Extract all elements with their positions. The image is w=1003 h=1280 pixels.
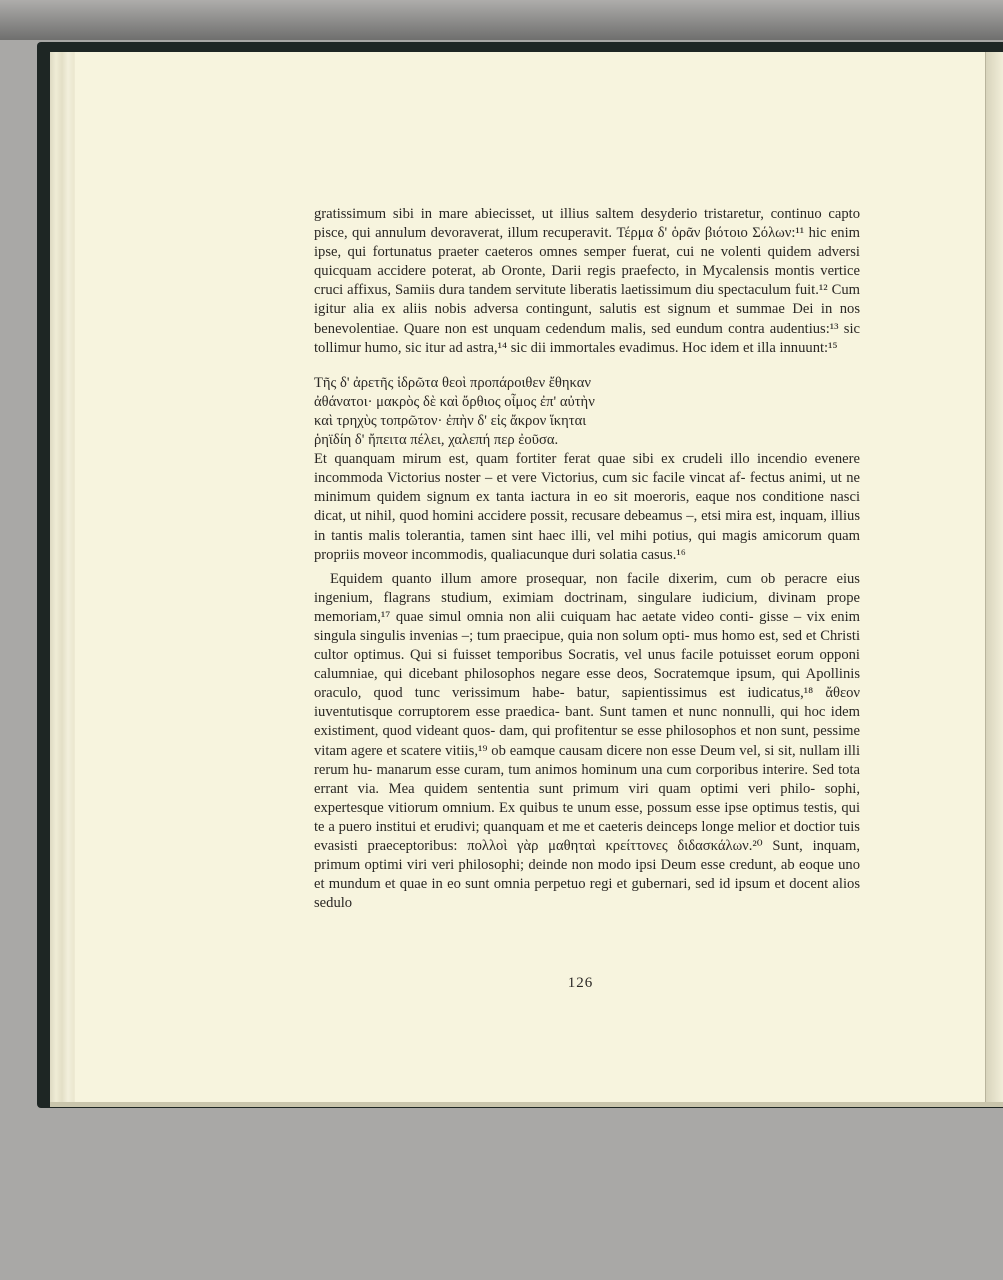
text-line: itur ad astra,¹⁴ sic dii immortales evad…	[425, 340, 837, 356]
text-line: qualiacunque duri solatia casus.¹⁶	[491, 547, 686, 563]
page-bottom-edge	[50, 1102, 1003, 1107]
text-line: gratissimum sibi in mare abiecisset, ut …	[314, 206, 822, 222]
verse-line: καὶ τρηχὺς τοπρῶτον· ἐπὴν δ' εἰς ἄκρον ἵ…	[314, 412, 860, 431]
book-gutter	[985, 52, 1003, 1102]
paragraph-1: gratissimum sibi in mare abiecisset, ut …	[314, 205, 860, 358]
page-number: 126	[0, 975, 1003, 992]
text-line: Equidem quanto illum amore prosequar, no…	[330, 571, 860, 587]
text-line: manarum esse curam, tum animos hominum u…	[376, 762, 834, 778]
body-text: gratissimum sibi in mare abiecisset, ut …	[314, 205, 860, 913]
text-line: ingenium, flagrans studium, eximiam doct…	[314, 590, 816, 606]
text-line: Et quanquam mirum est, quam fortiter fer…	[314, 451, 807, 467]
scan-background	[0, 0, 1003, 40]
paragraph-3: Equidem quanto illum amore prosequar, no…	[314, 570, 860, 914]
paragraph-2: Et quanquam mirum est, quam fortiter fer…	[314, 450, 860, 565]
verse-line: Τῆς δ' ἀρετῆς ἱδρῶτα θεοὶ προπάροιθεν ἔθ…	[314, 374, 860, 393]
verse-line: ῥηϊδίη δ' ἤπειτα πέλει, χαλεπή περ ἐοῦσα…	[314, 431, 860, 450]
verse-line: ἀθάνατοι· μακρὸς δὲ καὶ ὄρθιος οἶμος ἐπ'…	[314, 393, 860, 412]
